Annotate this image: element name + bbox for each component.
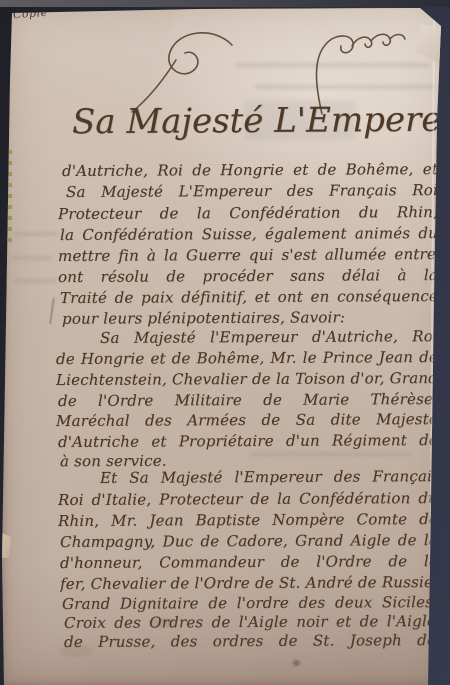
manuscript-line: ont résolu de procéder sans délai à la c…	[58, 265, 438, 288]
show-through-line	[255, 85, 435, 89]
show-through-line	[14, 232, 58, 236]
manuscript-line: d'Autriche, Roi de Hongrie et de Bohême,…	[62, 159, 438, 182]
backdrop-table-edge	[0, 0, 450, 7]
manuscript-line: d'Autriche et Propriétaire d'un Régiment…	[58, 430, 438, 453]
manuscript-line: pour leurs plénipotentiaires, Savoir:	[62, 307, 345, 328]
manuscript-line: de Hongrie et de Bohême, Mr. le Prince J…	[56, 347, 438, 370]
manuscript-line: mettre fin à la Guerre qui s'est allumée…	[58, 244, 436, 267]
paper-crease	[49, 298, 55, 324]
manuscript-line: Liechtenstein, Chevalier de la Toison d'…	[56, 368, 438, 391]
show-through-line	[14, 279, 56, 283]
manuscript-line: Sa Majesté l'Empereur d'Autriche, Roi	[100, 326, 438, 349]
paper-bottom-shadow	[0, 565, 450, 685]
manuscript-page: Copie Sa Majesté L'Empereur d'Autriche, …	[0, 0, 450, 685]
manuscript-line: Sa Majesté L'Empereur des Français Roi d…	[66, 180, 438, 203]
show-through-line	[250, 452, 410, 456]
manuscript-line: Protecteur de la Confédération du Rhin, …	[58, 202, 438, 225]
torn-corner	[416, 24, 442, 64]
manuscript-line: Maréchal des Armées de Sa dite Majesté l…	[56, 409, 438, 432]
show-through-line	[235, 63, 430, 67]
manuscript-line: Et Sa Majesté l'Empereur des Français	[100, 466, 440, 489]
document-title: Sa Majesté L'Empereur	[72, 100, 440, 143]
manuscript-line: Roi d'Italie, Protecteur de la Confédéra…	[58, 488, 438, 511]
copy-annotation: Copie	[13, 6, 48, 21]
manuscript-line: Rhin, Mr. Jean Baptiste Nompère Comte de	[58, 509, 438, 532]
binding-stitches	[8, 150, 12, 242]
manuscript-line: la Confédération Suisse, également animé…	[60, 223, 438, 246]
paper-flap	[0, 532, 11, 558]
manuscript-line: Traité de paix définitif, et ont en cons…	[60, 286, 438, 309]
show-through-line	[12, 256, 52, 260]
manuscript-line: Champagny, Duc de Cadore, Grand Aigle de…	[60, 530, 438, 553]
